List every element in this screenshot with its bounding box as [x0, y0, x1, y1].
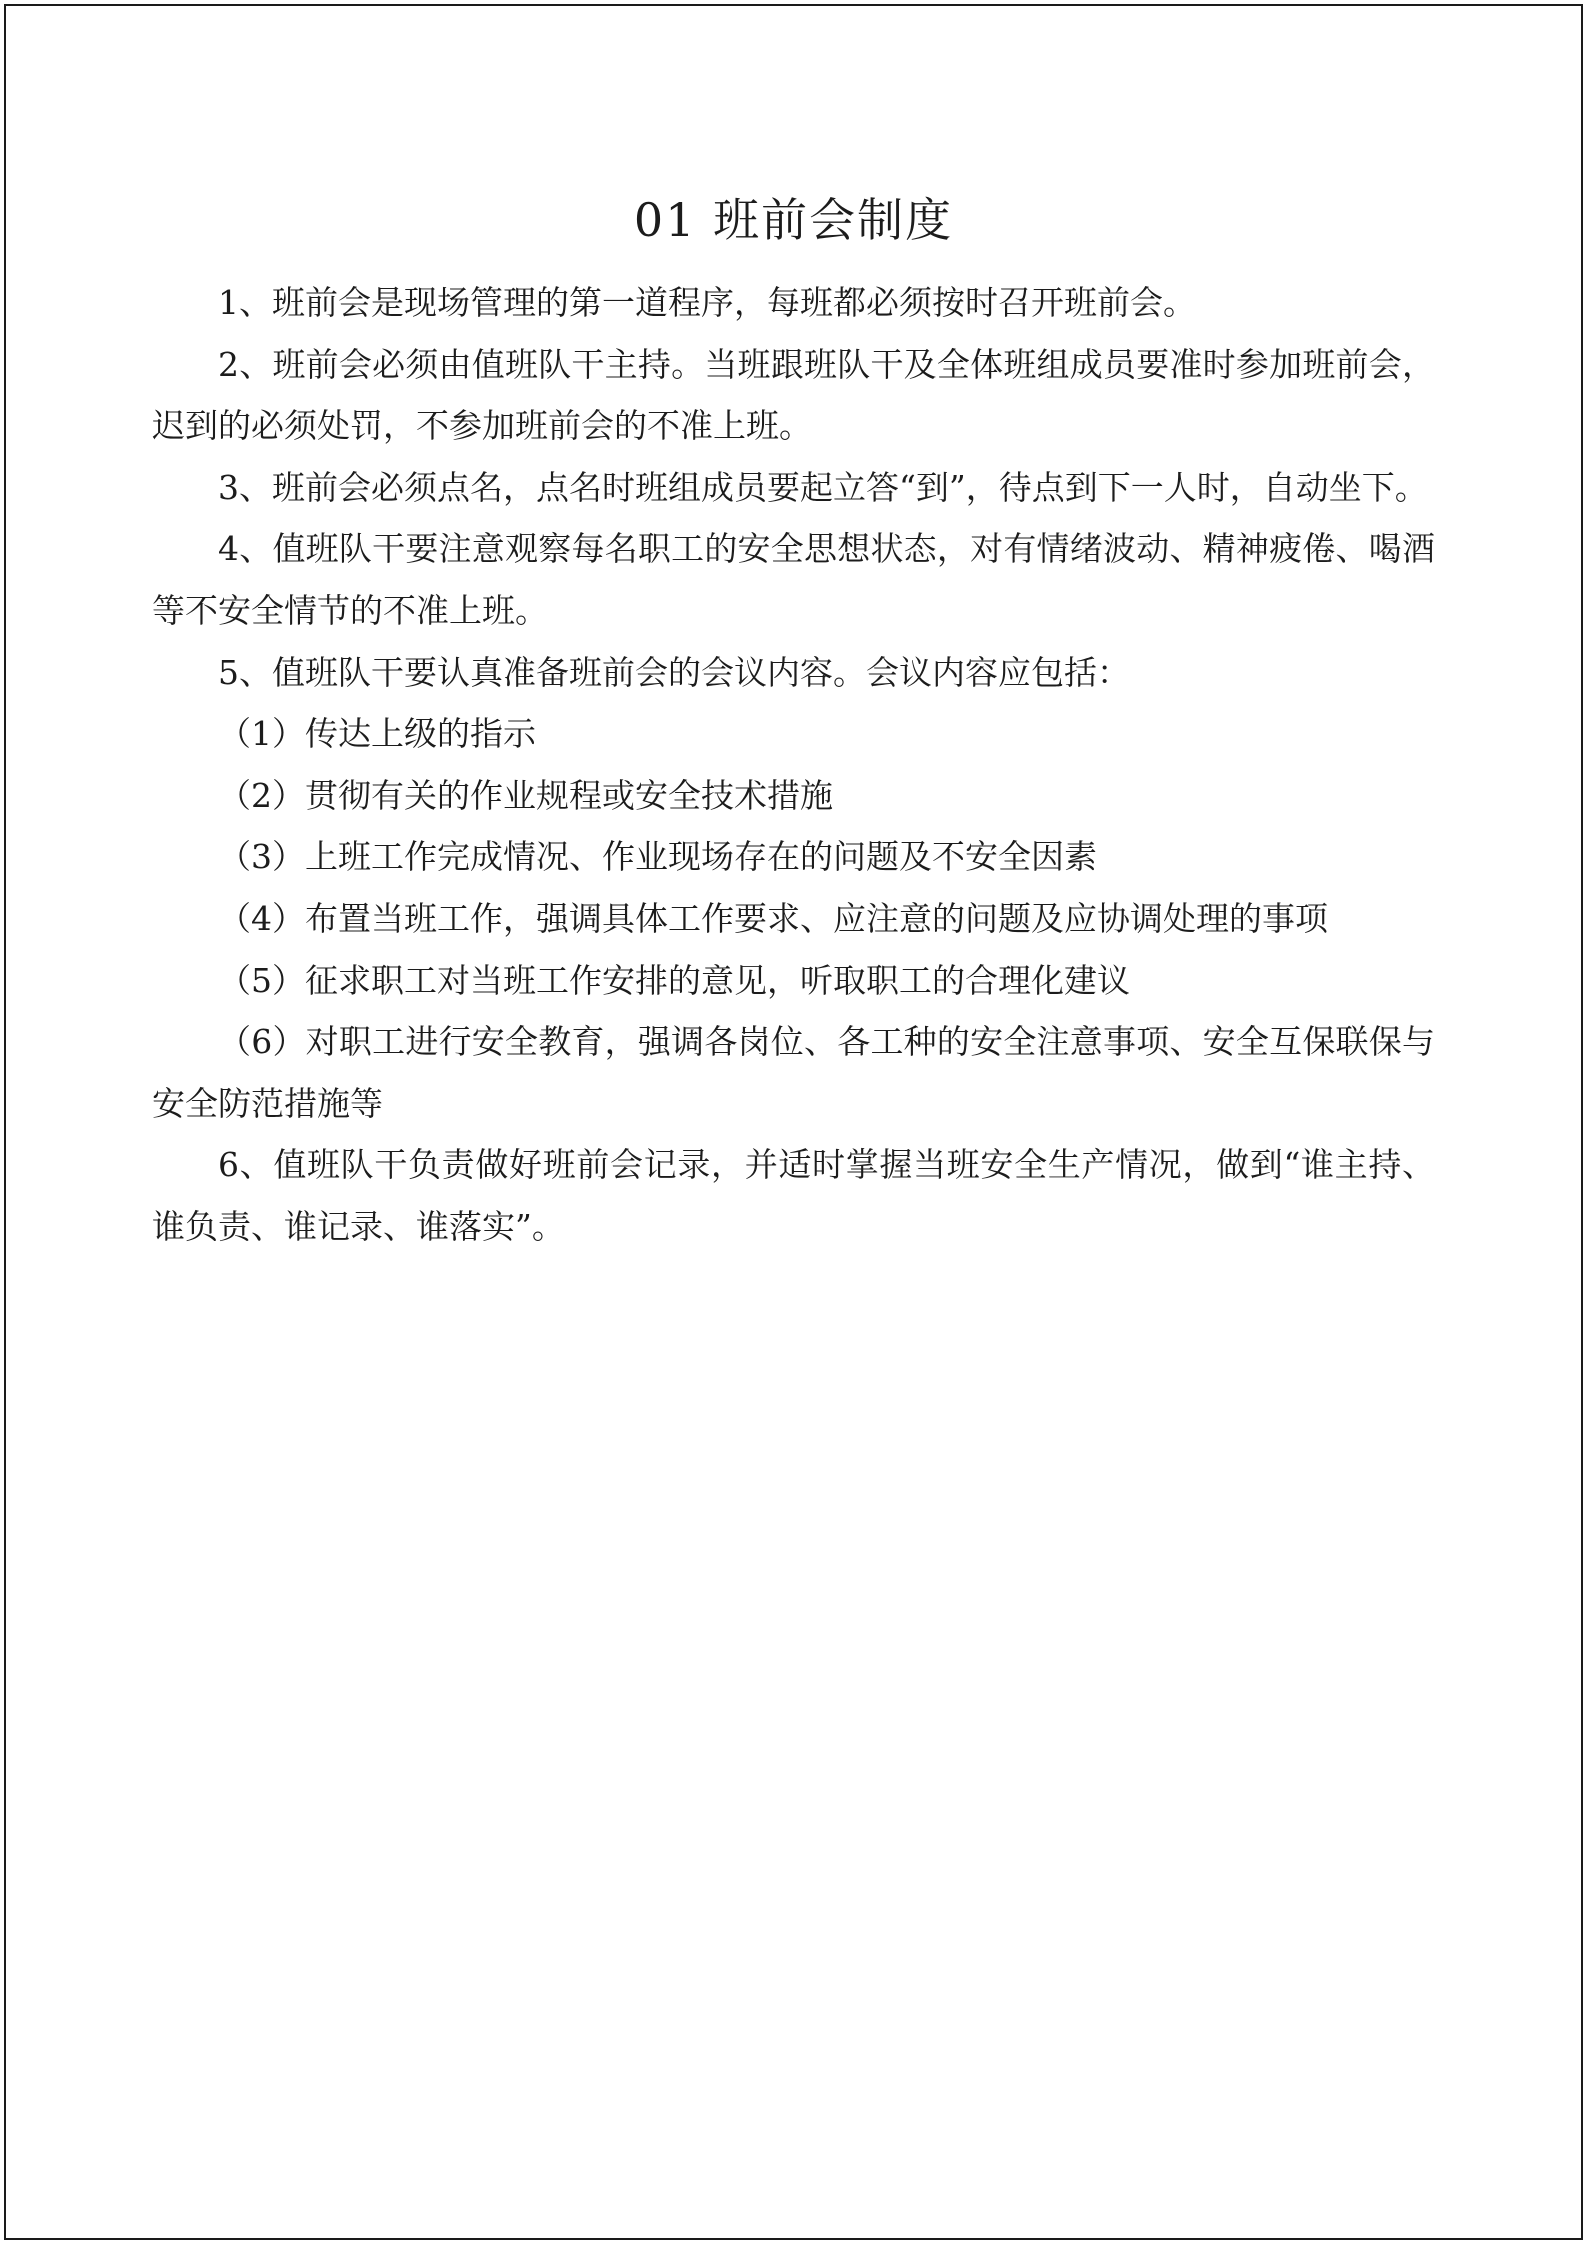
clause-2: 2、班前会必须由值班队干主持。当班跟班队干及全体班组成员要准时参加班前会，迟到的…: [152, 334, 1435, 457]
clause-5: 5、值班队干要认真准备班前会的会议内容。会议内容应包括：: [152, 642, 1435, 704]
page-title: 01 班前会制度: [152, 180, 1435, 260]
meeting-content-item-2: （2）贯彻有关的作业规程或安全技术措施: [152, 765, 1435, 827]
clause-1: 1、班前会是现场管理的第一道程序，每班都必须按时召开班前会。: [152, 272, 1435, 334]
document-page: { "document": { "title": "01 班前会制度", "pa…: [0, 0, 1587, 2245]
clause-6: 6、值班队干负责做好班前会记录，并适时掌握当班安全生产情况，做到“谁主持、谁负责…: [152, 1134, 1435, 1257]
meeting-content-item-6: （6）对职工进行安全教育，强调各岗位、各工种的安全注意事项、安全互保联保与安全防…: [152, 1011, 1435, 1134]
meeting-content-item-3: （3）上班工作完成情况、作业现场存在的问题及不安全因素: [152, 826, 1435, 888]
meeting-content-item-1: （1）传达上级的指示: [152, 703, 1435, 765]
clause-4: 4、值班队干要注意观察每名职工的安全思想状态，对有情绪波动、精神疲倦、喝酒等不安…: [152, 518, 1435, 641]
meeting-content-item-5: （5）征求职工对当班工作安排的意见，听取职工的合理化建议: [152, 950, 1435, 1012]
document-body: 01 班前会制度 1、班前会是现场管理的第一道程序，每班都必须按时召开班前会。 …: [152, 0, 1435, 1258]
meeting-content-item-4: （4）布置当班工作，强调具体工作要求、应注意的问题及应协调处理的事项: [152, 888, 1435, 950]
clause-3: 3、班前会必须点名，点名时班组成员要起立答“到”，待点到下一人时，自动坐下。: [152, 457, 1435, 519]
